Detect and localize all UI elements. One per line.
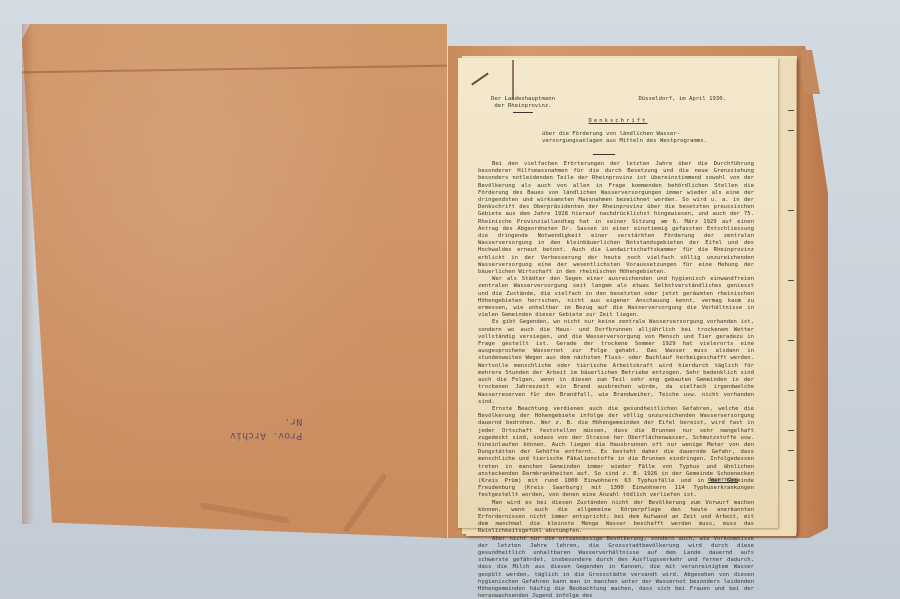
paragraph: Es gibt Gegenden, wo nicht nur keine zen… <box>478 319 754 405</box>
archive-stamp: Prov. Archiv Nr. <box>230 414 302 442</box>
place-date: Düsseldorf, im April 1930. <box>638 96 726 103</box>
catchword: dauernden <box>708 477 738 484</box>
document-subtitle: über die Förderung von ländlichen Wasser… <box>542 131 732 145</box>
divider <box>593 154 615 155</box>
paragraph: Man wird es bei diesen Zuständen nicht d… <box>478 500 754 536</box>
document-page: Der Landeshauptmann der Rheinprovinz. Dü… <box>458 58 778 528</box>
fold-mark <box>512 60 514 100</box>
folder-edge-shadow <box>22 24 34 524</box>
sender-block: Der Landeshauptmann der Rheinprovinz. <box>478 96 568 113</box>
paragraph: Aber nicht nur die ortsansässige Bevölke… <box>478 536 754 599</box>
folder-left-cover <box>22 24 447 538</box>
document-body: Bei den vielfachen Erörterungen der letz… <box>478 161 754 599</box>
document-title: Denkschrift <box>458 118 778 125</box>
paragraph: Bei den vielfachen Erörterungen der letz… <box>478 161 754 276</box>
divider <box>513 112 533 113</box>
underlying-page-margin <box>788 100 796 520</box>
paragraph: Ernste Beachtung verdienen auch die gesu… <box>478 406 754 500</box>
paragraph: Wer als Städter den Segen einer ausreich… <box>478 276 754 319</box>
